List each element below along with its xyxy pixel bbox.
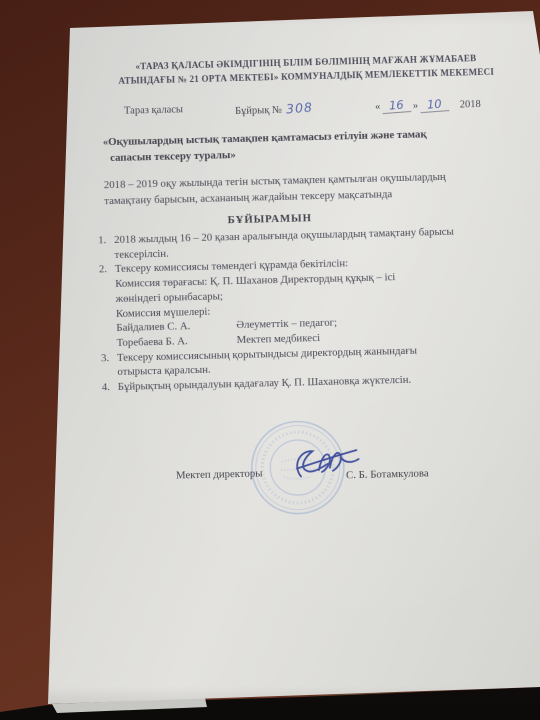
date-open-quote: « (375, 101, 381, 112)
order-meta-row: Тараз қаласы Бұйрық №308 «16»102018 (72, 95, 540, 106)
order-body: 1.2018 жылдың 16 – 20 қазан аралығында о… (98, 223, 532, 395)
order-number-group: Бұйрық №308 (235, 100, 313, 117)
member-role: Мектеп медбикесі (237, 332, 321, 346)
organization-name: «ТАРАЗ ҚАЛАСЫ ӘКІМДІГІНІҢ БІЛІМ БӨЛІМІНІ… (71, 51, 540, 89)
director-role-label: Мектеп директоры (176, 467, 263, 481)
item-number: 4. (102, 380, 110, 395)
item-number: 1. (98, 233, 106, 248)
date-close-quote: » (413, 101, 419, 112)
document-title: «Оқушылардың ыстық тамақпен қамтамасыз е… (103, 125, 524, 166)
document-content: «ТАРАЗ ҚАЛАСЫ ӘКІМДІГІНІҢ БІЛІМ БӨЛІМІНІ… (70, 17, 540, 708)
signature-mark (288, 435, 364, 493)
order-number-handwritten: 308 (285, 99, 313, 116)
item-number: 2. (99, 263, 107, 278)
item-number: 3. (101, 351, 109, 366)
intro-paragraph: 2018 – 2019 оқу жылында тегін ыстық тама… (104, 168, 525, 209)
photo-background: «ТАРАЗ ҚАЛАСЫ ӘКІМДІГІНІҢ БІЛІМ БӨЛІМІНІ… (0, 0, 540, 720)
city-label: Тараз қаласы (124, 104, 183, 116)
order-number-label: Бұйрық № (235, 105, 282, 117)
date-day-handwritten: 16 (382, 97, 412, 114)
body-line-text: жөніндегі орынбасары; (115, 290, 223, 305)
date-year: 2018 (460, 99, 481, 111)
member-role: Әлеуметтік – педагог; (236, 317, 337, 331)
order-date: «16»102018 (375, 96, 481, 114)
body-line-text: отырыста қаралсын. (117, 364, 211, 378)
body-line-text: тексерілсін. (114, 247, 169, 260)
date-month-handwritten: 10 (420, 96, 450, 113)
body-line-text: Комиссия мүшелері: (116, 305, 211, 319)
